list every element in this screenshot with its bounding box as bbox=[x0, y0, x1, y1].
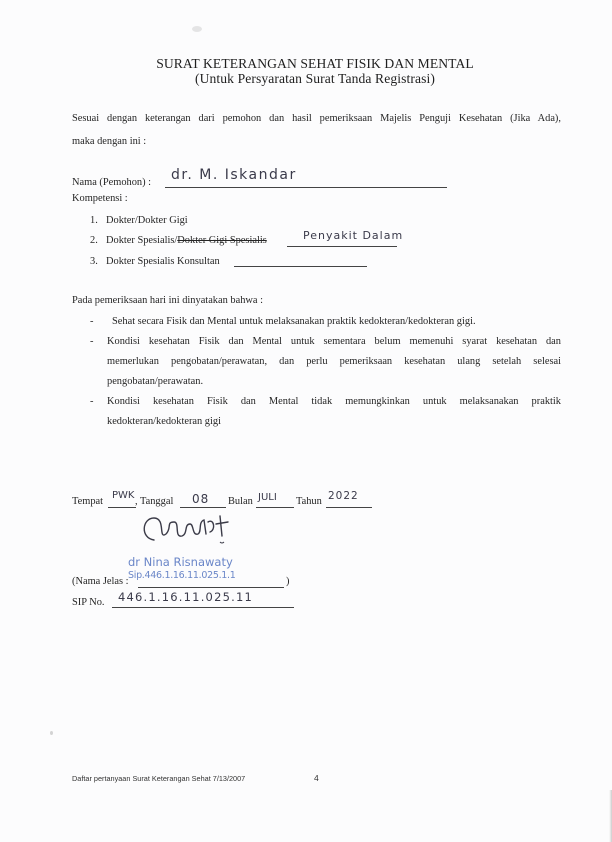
competence-item-1: 1.Dokter/Dokter Gigi bbox=[90, 215, 188, 226]
full-name-line[interactable] bbox=[138, 587, 284, 588]
document-page: SURAT KETERANGAN SEHAT FISIK DAN MENTAL … bbox=[0, 0, 612, 842]
consultant-fill-line[interactable] bbox=[234, 266, 367, 267]
competence-item-number: 3. bbox=[90, 256, 106, 267]
competence-item-text: Dokter Spesialis/ bbox=[106, 235, 177, 246]
year-value[interactable]: 2022 bbox=[328, 490, 359, 502]
competence-item-number: 1. bbox=[90, 215, 106, 226]
intro-line-1: Sesuai dengan keterangan dari pemohon da… bbox=[72, 113, 561, 124]
specialist-fill-line bbox=[287, 246, 397, 247]
intro-line-2: maka dengan ini : bbox=[72, 136, 146, 147]
competence-item-struck-text: Dokter Gigi Spesialis bbox=[177, 235, 266, 246]
sip-label: SIP No. bbox=[72, 597, 105, 608]
year-line bbox=[326, 507, 372, 508]
footer-text: Daftar pertanyaan Surat Keterangan Sehat… bbox=[72, 774, 245, 783]
full-name-close: ) bbox=[286, 576, 289, 587]
statement-item-2-line-2: memerlukan pengobatan/perawatan, dan per… bbox=[107, 356, 561, 367]
bullet-dash: - bbox=[90, 316, 112, 327]
statement-item-2-line-1: Kondisi kesehatan Fisik dan Mental untuk… bbox=[107, 336, 561, 347]
stamp-name: dr Nina Risnawaty bbox=[128, 555, 233, 569]
sip-line bbox=[112, 607, 294, 608]
applicant-name-value[interactable]: dr. M. Iskandar bbox=[171, 167, 297, 183]
applicant-name-line bbox=[165, 187, 447, 188]
competence-item-number: 2. bbox=[90, 235, 106, 246]
date-label: , Tanggal bbox=[135, 496, 173, 507]
competence-item-text: Dokter Spesialis Konsultan bbox=[106, 256, 220, 267]
place-value[interactable]: PWK bbox=[112, 490, 134, 501]
month-label: Bulan bbox=[228, 496, 253, 507]
statement-item-3-line-1: Kondisi kesehatan Fisik dan Mental tidak… bbox=[107, 396, 561, 407]
competence-item-2: 2.Dokter Spesialis/Dokter Gigi Spesialis bbox=[90, 235, 267, 246]
month-value[interactable]: JULI bbox=[258, 492, 277, 503]
competence-label: Kompetensi : bbox=[72, 193, 128, 204]
statement-item-text: Sehat secara Fisik dan Mental untuk mela… bbox=[112, 316, 476, 327]
applicant-label: Nama (Pemohon) : bbox=[72, 177, 151, 188]
competence-item-3: 3.Dokter Spesialis Konsultan bbox=[90, 256, 220, 267]
statement-item-2-line-3: pengobatan/perawatan. bbox=[107, 376, 203, 387]
full-name-label: (Nama Jelas : bbox=[72, 576, 129, 587]
sip-value[interactable]: 446.1.16.11.025.11 bbox=[118, 590, 253, 604]
stamp-sip: Sip.446.1.16.11.025.1.1 bbox=[128, 570, 236, 581]
date-value[interactable]: 08 bbox=[192, 492, 209, 506]
month-line bbox=[256, 507, 294, 508]
year-label: Tahun bbox=[296, 496, 322, 507]
competence-item-text: Dokter/Dokter Gigi bbox=[106, 215, 188, 226]
statement-item-3-line-2: kedokteran/kedokteran gigi bbox=[107, 416, 221, 427]
scan-speck bbox=[192, 26, 202, 32]
statement-item-1: -Sehat secara Fisik dan Mental untuk mel… bbox=[90, 316, 476, 327]
document-subtitle: (Untuk Persyaratan Surat Tanda Registras… bbox=[0, 71, 612, 87]
place-line bbox=[108, 507, 136, 508]
scan-speck bbox=[50, 731, 53, 735]
place-label: Tempat bbox=[72, 496, 103, 507]
specialist-fill-value[interactable]: Penyakit Dalam bbox=[303, 229, 403, 242]
page-number: 4 bbox=[314, 773, 319, 783]
date-line bbox=[180, 507, 226, 508]
signature-scribble-icon bbox=[136, 510, 236, 556]
document-title: SURAT KETERANGAN SEHAT FISIK DAN MENTAL bbox=[0, 56, 612, 72]
statement-label: Pada pemeriksaan hari ini dinyatakan bah… bbox=[72, 295, 263, 306]
